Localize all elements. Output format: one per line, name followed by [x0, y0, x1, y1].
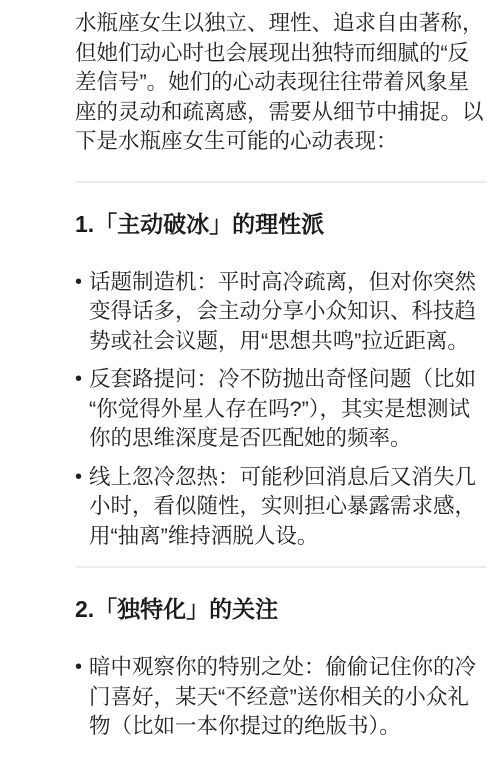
bullet-line: 门喜好，某天“不经意”送你相关的小众礼 — [89, 683, 487, 713]
bullet-item: • 暗中观察你的特别之处：偷偷记住你的冷 门喜好，某天“不经意”送你相关的小众礼… — [75, 653, 487, 742]
section-divider — [75, 566, 487, 568]
bullet-icon: • — [75, 463, 89, 493]
section-heading-2: 2.「独特化」的关注 — [75, 594, 487, 624]
bullet-line: 势或社会议题，用“思想共鸣”拉近距离。 — [89, 327, 487, 357]
bullet-icon: • — [75, 268, 89, 298]
bullet-item: • 话题制造机：平时高冷疏离，但对你突然 变得话多，会主动分享小众知识、科技趋 … — [75, 268, 487, 357]
section-heading-1: 1.「主动破冰」的理性派 — [75, 209, 487, 239]
bullet-line: 用“抽离”维持洒脱人设。 — [89, 522, 487, 552]
text-line: 下是水瓶座女生可能的心动表现： — [75, 127, 487, 157]
text-line: 水瓶座女生以独立、理性、追求自由著称， — [75, 9, 487, 39]
text-line: 座的灵动和疏离感，需要从细节中捕捉。以 — [75, 98, 487, 128]
bullet-line: 变得话多，会主动分享小众知识、科技趋 — [89, 297, 487, 327]
intro-paragraph: 水瓶座女生以独立、理性、追求自由著称， 但她们动心时也会展现出独特而细腻的“反 … — [75, 9, 487, 157]
section-divider — [75, 181, 487, 183]
bullet-line: 小时，看似随性，实则担心暴露需求感， — [89, 492, 487, 522]
text-line: 但她们动心时也会展现出独特而细腻的“反 — [75, 39, 487, 69]
bullet-line: 物（比如一本你提过的绝版书）。 — [89, 712, 487, 742]
article-page: 水瓶座女生以独立、理性、追求自由著称， 但她们动心时也会展现出独特而细腻的“反 … — [0, 0, 500, 759]
bullet-line: “你觉得外星人存在吗?”），其实是想测试 — [89, 395, 487, 425]
bullet-line: 暗中观察你的特别之处：偷偷记住你的冷 — [89, 653, 487, 683]
bullet-line: 话题制造机：平时高冷疏离，但对你突然 — [89, 268, 487, 298]
bullet-icon: • — [75, 653, 89, 683]
bullet-icon: • — [75, 365, 89, 395]
bullet-item: • 反套路提问：冷不防抛出奇怪问题（比如 “你觉得外星人存在吗?”），其实是想测… — [75, 365, 487, 454]
text-line: 差信号”。她们的心动表现往往带着风象星 — [75, 68, 487, 98]
bullet-item: • 线上忽冷忽热：可能秒回消息后又消失几 小时，看似随性，实则担心暴露需求感， … — [75, 463, 487, 552]
bullet-line: 线上忽冷忽热：可能秒回消息后又消失几 — [89, 463, 487, 493]
bullet-line: 你的思维深度是否匹配她的频率。 — [89, 424, 487, 454]
bullet-line: 反套路提问：冷不防抛出奇怪问题（比如 — [89, 365, 487, 395]
